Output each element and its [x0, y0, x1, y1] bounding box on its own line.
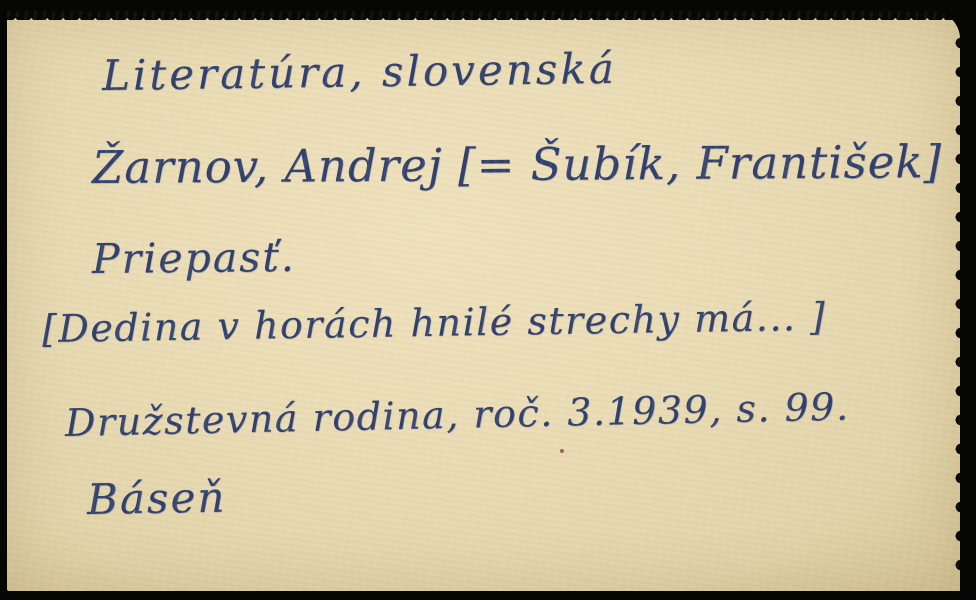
subject-heading-line: Literatúra, slovenská	[102, 44, 618, 100]
author-heading-line: Žarnov, Andrej [= Šubík, František]	[92, 135, 942, 194]
genre-note-line: Báseň	[87, 473, 227, 524]
source-citation-line: Družstevná rodina, roč. 3.1939, s. 99.	[65, 385, 850, 445]
paper-speck	[560, 449, 564, 453]
work-title-line: Priepasť.	[92, 233, 296, 283]
incipit-line: [Dedina v horách hnilé strechy má... ]	[42, 295, 827, 351]
perforated-top-edge	[7, 10, 954, 20]
scan-background: Literatúra, slovenská Žarnov, Andrej [= …	[0, 0, 976, 600]
perforated-right-edge	[948, 29, 962, 587]
catalog-card: Literatúra, slovenská Žarnov, Andrej [= …	[7, 11, 960, 591]
